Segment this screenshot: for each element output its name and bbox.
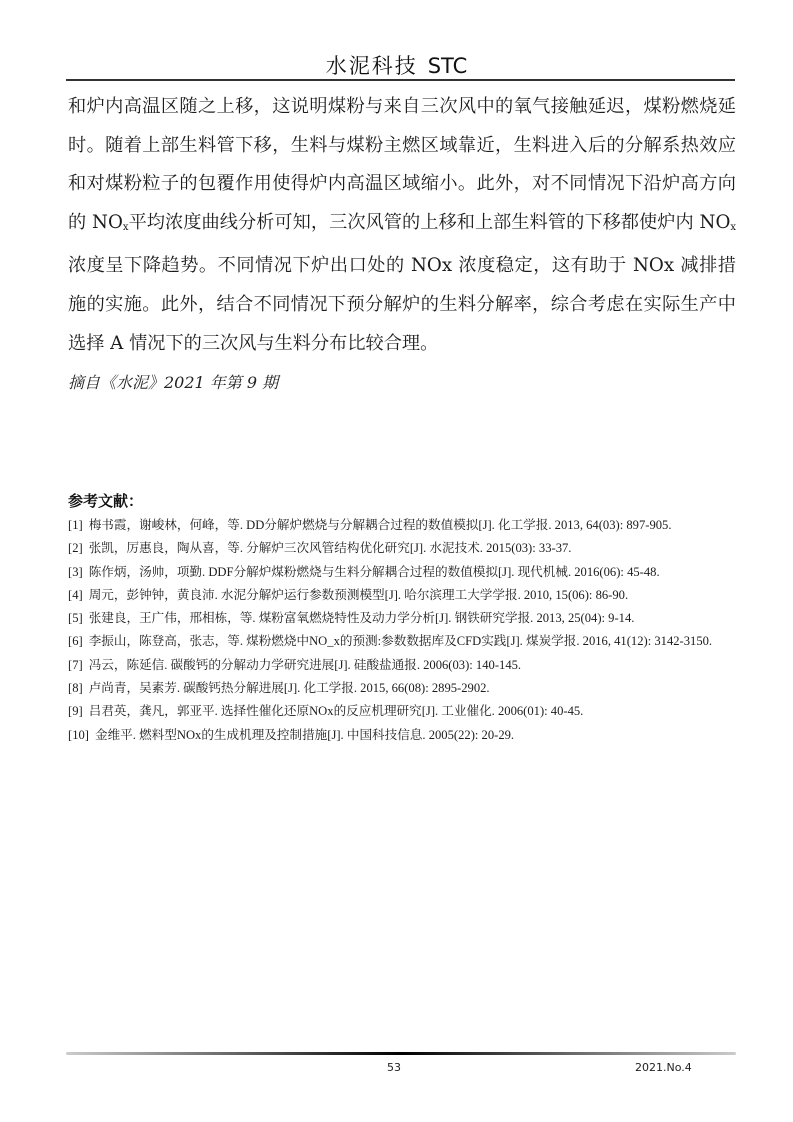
reference-number: [6] — [68, 634, 83, 648]
reference-item: [6]李振山，陈登高，张志，等. 煤粉燃烧中NO_x的预测:参数数据库及CFD实… — [68, 630, 740, 653]
reference-text: 周元，彭钟钟，黄良沛. 水泥分解炉运行参数预测模型[J]. 哈尔滨理工大学学报.… — [89, 588, 628, 602]
issue-label: 2021.No.4 — [635, 1061, 692, 1074]
reference-text: 张凯，厉惠良，陶从喜，等. 分解炉三次风管结构优化研究[J]. 水泥技术. 20… — [89, 541, 572, 555]
reference-text: 卢尚青，吴素芳. 碳酸钙热分解进展[J]. 化工学报. 2015, 66(08)… — [89, 681, 490, 695]
reference-number: [5] — [68, 611, 83, 625]
references-heading: 参考文献： — [68, 490, 143, 511]
paragraph-text: 平均浓度曲线分析可知，三次风管的上移和上部生料管的下移都使炉内 NO — [129, 212, 731, 233]
reference-item: [8]卢尚青，吴素芳. 碳酸钙热分解进展[J]. 化工学报. 2015, 66(… — [68, 677, 740, 700]
reference-item: [9]吕君英，龚凡，郭亚平. 选择性催化还原NOx的反应机理研究[J]. 工业催… — [68, 700, 740, 723]
reference-text: 张建良，王广伟，邢相栋，等. 煤粉富氧燃烧特性及动力学分析[J]. 钢铁研究学报… — [89, 611, 635, 625]
subscript: x — [730, 222, 736, 233]
page-number: 53 — [387, 1061, 401, 1074]
reference-item: [2]张凯，厉惠良，陶从喜，等. 分解炉三次风管结构优化研究[J]. 水泥技术.… — [68, 537, 740, 560]
header-divider — [66, 79, 735, 81]
paragraph-text: 浓度呈下降趋势。不同情况下炉出口处的 NOx 浓度稳定，这有助于 NOx 减排措… — [68, 255, 736, 353]
reference-text: 李振山，陈登高，张志，等. 煤粉燃烧中NO_x的预测:参数数据库及CFD实践[J… — [89, 634, 712, 648]
reference-number: [8] — [68, 681, 83, 695]
journal-title-en: STC — [428, 54, 468, 78]
reference-text: 冯云，陈延信. 碳酸钙的分解动力学研究进展[J]. 硅酸盐通报. 2006(03… — [89, 658, 521, 672]
reference-text: 金维平. 燃料型NOx的生成机理及控制措施[J]. 中国科技信息. 2005(2… — [95, 728, 514, 742]
journal-header: 水泥科技STC — [0, 50, 793, 80]
reference-text: 陈作炳，汤帅，项勤. DDF分解炉煤粉燃烧与生料分解耦合过程的数值模拟[J]. … — [89, 565, 660, 579]
body-text: 和炉内高温区随之上移，这说明煤粉与来自三次风中的氧气接触延迟，煤粉燃烧延时。随着… — [68, 88, 736, 363]
reference-item: [5]张建良，王广伟，邢相栋，等. 煤粉富氧燃烧特性及动力学分析[J]. 钢铁研… — [68, 607, 740, 630]
reference-item: [7]冯云，陈延信. 碳酸钙的分解动力学研究进展[J]. 硅酸盐通报. 2006… — [68, 654, 740, 677]
reference-number: [10] — [68, 728, 89, 742]
reference-text: 梅书霞，谢峻林，何峰，等. DD分解炉燃烧与分解耦合过程的数值模拟[J]. 化工… — [89, 518, 672, 532]
reference-item: [3]陈作炳，汤帅，项勤. DDF分解炉煤粉燃烧与生料分解耦合过程的数值模拟[J… — [68, 561, 740, 584]
conclusion-paragraph: 和炉内高温区随之上移，这说明煤粉与来自三次风中的氧气接触延迟，煤粉燃烧延时。随着… — [68, 88, 736, 363]
reference-item: [1]梅书霞，谢峻林，何峰，等. DD分解炉燃烧与分解耦合过程的数值模拟[J].… — [68, 514, 740, 537]
reference-number: [7] — [68, 658, 83, 672]
footer-divider — [66, 1052, 736, 1055]
reference-item: [4]周元，彭钟钟，黄良沛. 水泥分解炉运行参数预测模型[J]. 哈尔滨理工大学… — [68, 584, 740, 607]
source-note: 摘自《水泥》2021 年第 9 期 — [68, 370, 278, 393]
reference-number: [3] — [68, 565, 83, 579]
reference-number: [4] — [68, 588, 83, 602]
reference-number: [1] — [68, 518, 83, 532]
reference-number: [2] — [68, 541, 83, 555]
journal-title-cn: 水泥科技 — [326, 54, 418, 78]
reference-number: [9] — [68, 704, 83, 718]
reference-item: [10]金维平. 燃料型NOx的生成机理及控制措施[J]. 中国科技信息. 20… — [68, 724, 740, 747]
reference-text: 吕君英，龚凡，郭亚平. 选择性催化还原NOx的反应机理研究[J]. 工业催化. … — [89, 704, 584, 718]
references-list: [1]梅书霞，谢峻林，何峰，等. DD分解炉燃烧与分解耦合过程的数值模拟[J].… — [68, 514, 740, 747]
